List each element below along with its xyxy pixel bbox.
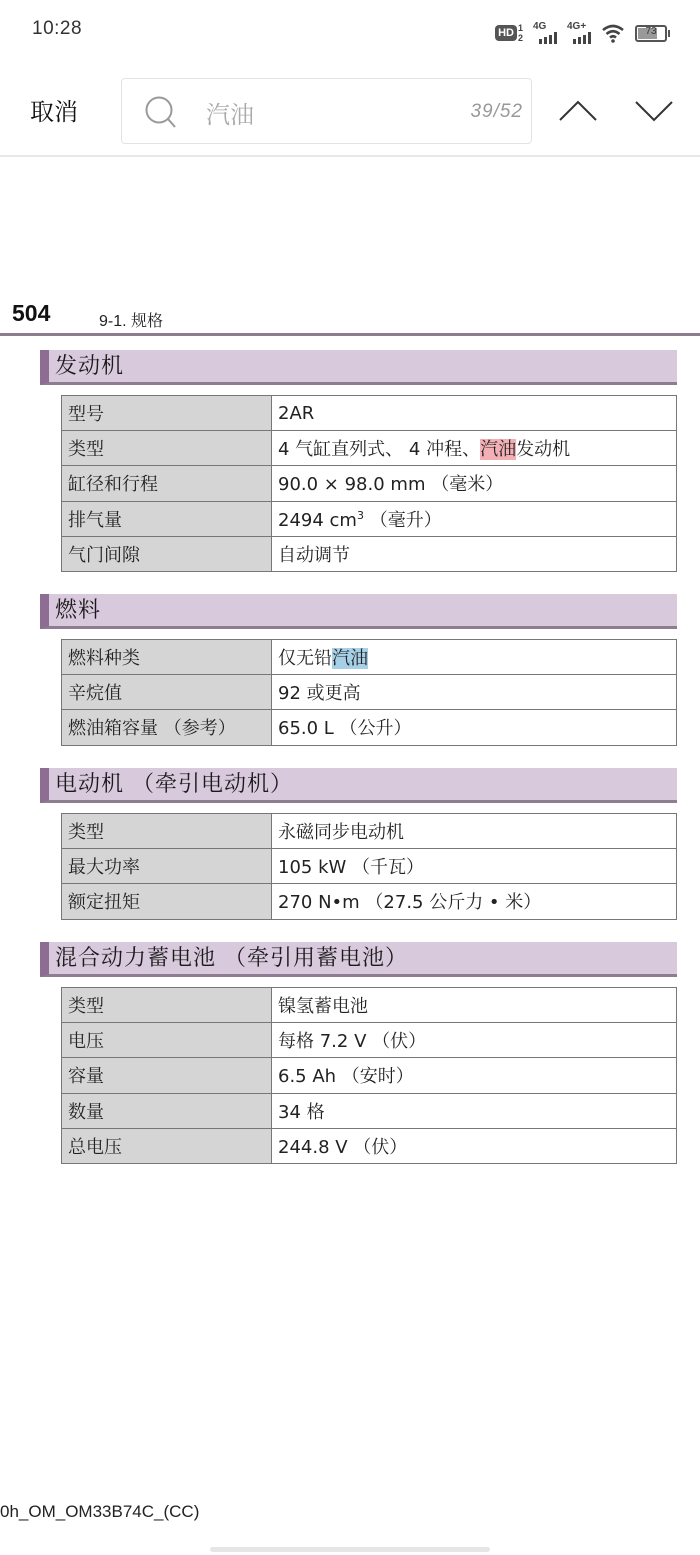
section-title: 混合动力蓄电池 （牵引用蓄电池） [40, 942, 677, 977]
table-row: 缸径和行程 90.0 × 98.0 mm （毫米） [62, 466, 677, 501]
search-input[interactable] [206, 94, 446, 130]
spec-label: 排气量 [62, 501, 272, 536]
table-row: 电压 每格 7.2 V （伏） [62, 1023, 677, 1058]
signal-1-label: 4G [533, 22, 546, 32]
hd-label: HD [495, 25, 517, 41]
table-row: 燃料种类 仅无铅汽油 [62, 640, 677, 675]
table-row: 类型 4 气缸直列式、 4 冲程、汽油发动机 [62, 431, 677, 466]
page-header: 504 9-1. 规格 [0, 296, 700, 336]
superscript: 3 [357, 509, 364, 522]
hd-sub-bottom: 2 [518, 33, 523, 43]
section-title: 电动机 （牵引电动机） [40, 768, 677, 803]
spec-value: 65.0 L （公升） [272, 710, 677, 745]
spec-table: 类型 永磁同步电动机 最大功率 105 kW （千瓦） 额定扭矩 270 N•m… [61, 813, 677, 920]
signal-4g-icon: 4G [533, 22, 557, 44]
table-row: 辛烷值 92 或更高 [62, 675, 677, 710]
section-engine: 发动机 型号 2AR 类型 4 气缸直列式、 4 冲程、汽油发动机 缸径和行程 … [40, 350, 677, 572]
spec-label: 辛烷值 [62, 675, 272, 710]
section-title: 燃料 [40, 594, 677, 629]
spec-value: 4 气缸直列式、 4 冲程、汽油发动机 [272, 431, 677, 466]
value-text: （毫升） [364, 510, 442, 531]
spec-label: 型号 [62, 396, 272, 431]
spec-value: 105 kW （千瓦） [272, 849, 677, 884]
table-row: 排气量 2494 cm3 （毫升） [62, 501, 677, 536]
spec-label: 额定扭矩 [62, 884, 272, 919]
battery-percent: 73 [637, 26, 665, 37]
chevron-up-icon [556, 88, 600, 132]
previous-match-button[interactable] [556, 88, 600, 132]
spec-table: 类型 镍氢蓄电池 电压 每格 7.2 V （伏） 容量 6.5 Ah （安时） … [61, 987, 677, 1164]
spec-label: 气门间隙 [62, 536, 272, 571]
current-search-match-highlight: 汽油 [332, 648, 368, 669]
battery-icon: 73 [635, 25, 670, 42]
spec-label: 数量 [62, 1093, 272, 1128]
table-row: 类型 永磁同步电动机 [62, 814, 677, 849]
table-row: 最大功率 105 kW （千瓦） [62, 849, 677, 884]
home-indicator[interactable] [210, 1547, 490, 1552]
table-row: 气门间隙 自动调节 [62, 536, 677, 571]
spec-table: 型号 2AR 类型 4 气缸直列式、 4 冲程、汽油发动机 缸径和行程 90.0… [61, 395, 677, 572]
signal-bars [573, 32, 591, 44]
table-row: 类型 镍氢蓄电池 [62, 988, 677, 1023]
hd-sim-indicator: 1 2 [518, 23, 523, 43]
table-row: 型号 2AR [62, 396, 677, 431]
search-icon [144, 95, 178, 129]
signal-2-label: 4G+ [567, 22, 586, 32]
status-icons: HD 1 2 4G 4G+ 73 [495, 20, 670, 46]
spec-label: 燃料种类 [62, 640, 272, 675]
spec-label: 类型 [62, 814, 272, 849]
signal-bars [539, 32, 557, 44]
hd-voice-icon: HD 1 2 [495, 23, 523, 43]
search-box[interactable]: 39/52 [121, 78, 532, 144]
spec-value: 6.5 Ah （安时） [272, 1058, 677, 1093]
status-bar: 10:28 HD 1 2 4G 4G+ [0, 0, 700, 62]
hd-sub-top: 1 [518, 23, 523, 33]
table-row: 总电压 244.8 V （伏） [62, 1128, 677, 1163]
spec-label: 容量 [62, 1058, 272, 1093]
section-title: 发动机 [40, 350, 677, 385]
value-text: 2494 cm [278, 510, 357, 531]
section-fuel: 燃料 燃料种类 仅无铅汽油 辛烷值 92 或更高 燃油箱容量 （参考） 65.0… [40, 594, 677, 746]
spec-value: 仅无铅汽油 [272, 640, 677, 675]
spec-value: 2AR [272, 396, 677, 431]
spec-value: 镍氢蓄电池 [272, 988, 677, 1023]
spec-value: 永磁同步电动机 [272, 814, 677, 849]
match-count: 39/52 [470, 101, 523, 123]
spec-value: 34 格 [272, 1093, 677, 1128]
table-row: 额定扭矩 270 N•m （27.5 公斤力 • 米） [62, 884, 677, 919]
wifi-icon [601, 23, 625, 43]
spec-label: 电压 [62, 1023, 272, 1058]
spec-value: 244.8 V （伏） [272, 1128, 677, 1163]
page-number: 504 [12, 300, 50, 327]
find-in-document-bar: 取消 39/52 [0, 62, 700, 157]
spec-label: 燃油箱容量 （参考） [62, 710, 272, 745]
spec-value: 90.0 × 98.0 mm （毫米） [272, 466, 677, 501]
signal-4g-plus-icon: 4G+ [567, 22, 591, 44]
spec-value: 每格 7.2 V （伏） [272, 1023, 677, 1058]
spec-value: 2494 cm3 （毫升） [272, 501, 677, 536]
spec-value: 270 N•m （27.5 公斤力 • 米） [272, 884, 677, 919]
value-text: 发动机 [516, 439, 570, 460]
spec-value: 自动调节 [272, 536, 677, 571]
spec-label: 最大功率 [62, 849, 272, 884]
chapter-title: 9-1. 规格 [99, 308, 163, 331]
table-row: 燃油箱容量 （参考） 65.0 L （公升） [62, 710, 677, 745]
value-text: 仅无铅 [278, 648, 332, 669]
spec-value: 92 或更高 [272, 675, 677, 710]
spec-label: 类型 [62, 431, 272, 466]
section-hybrid-battery: 混合动力蓄电池 （牵引用蓄电池） 类型 镍氢蓄电池 电压 每格 7.2 V （伏… [40, 942, 677, 1164]
document-footer-id: 0h_OM_OM33B74C_(CC) [0, 1502, 199, 1522]
spec-label: 总电压 [62, 1128, 272, 1163]
search-match-highlight: 汽油 [480, 439, 516, 460]
section-electric-motor: 电动机 （牵引电动机） 类型 永磁同步电动机 最大功率 105 kW （千瓦） … [40, 768, 677, 920]
spec-table: 燃料种类 仅无铅汽油 辛烷值 92 或更高 燃油箱容量 （参考） 65.0 L … [61, 639, 677, 746]
table-row: 数量 34 格 [62, 1093, 677, 1128]
clock: 10:28 [32, 18, 82, 40]
spec-label: 缸径和行程 [62, 466, 272, 501]
value-text: 4 气缸直列式、 4 冲程、 [278, 439, 480, 460]
next-match-button[interactable] [632, 88, 676, 132]
table-row: 容量 6.5 Ah （安时） [62, 1058, 677, 1093]
spec-label: 类型 [62, 988, 272, 1023]
chevron-down-icon [632, 88, 676, 132]
cancel-button[interactable]: 取消 [30, 92, 78, 127]
